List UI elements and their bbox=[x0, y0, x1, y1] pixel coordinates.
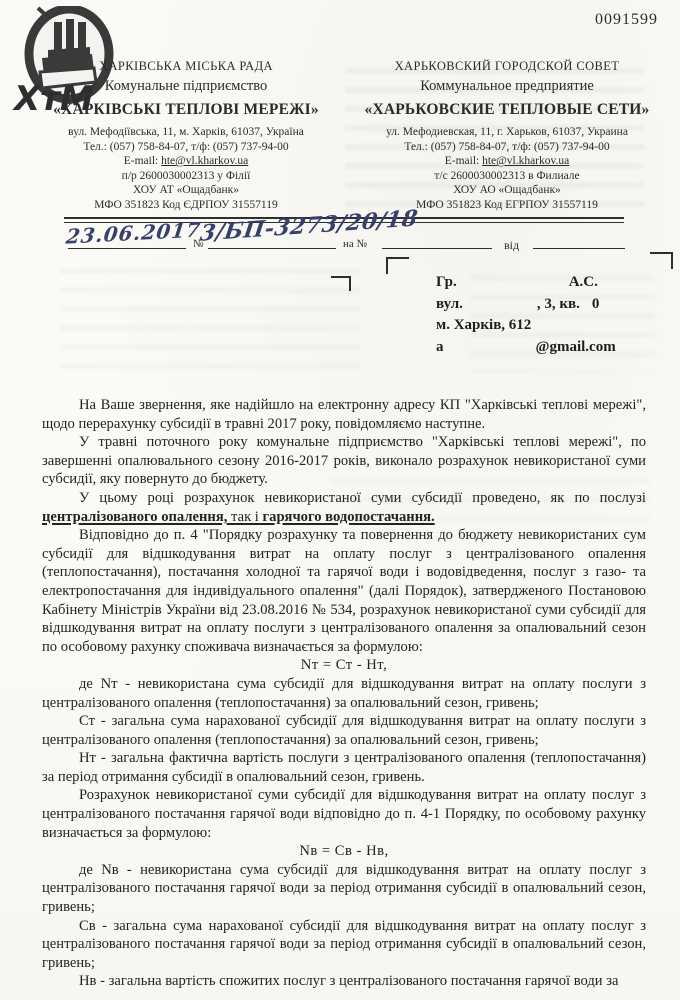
apartment-number: 0 bbox=[592, 296, 600, 312]
recipient-email-line: а@gmail.com bbox=[436, 337, 666, 359]
heating-service-emphasis: централізованого опалення, bbox=[42, 509, 227, 525]
city-council-line: ХАРЬКОВСКИЙ ГОРОДСКОЙ СОВЕТ bbox=[348, 58, 666, 75]
paragraph-ht-definition: Нт - загальна фактична вартість послуги … bbox=[42, 749, 646, 786]
bank-codes-line: МФО 351823 Код ЄДРПОУ 31557119 bbox=[36, 198, 336, 213]
address-line: вул. Мефодіївська, 11, м. Харків, 61037,… bbox=[36, 125, 336, 140]
email-address: hte@vl.kharkov.ua bbox=[482, 155, 569, 167]
paragraph-nv-definition: де Nв - невикористана сума субсидії для … bbox=[42, 861, 646, 917]
bank-name-line: ХОУ АТ «Ощадбанк» bbox=[36, 183, 336, 198]
email-label: E-mail: bbox=[124, 155, 161, 167]
org-type-line: Комунальне підприємство bbox=[36, 77, 336, 96]
street-label: вул. bbox=[436, 296, 463, 312]
recipient-street-line: вул., 3, кв.0 bbox=[436, 294, 666, 316]
recipient-initials: А.С. bbox=[569, 274, 598, 290]
paragraph-ct-definition: Ст - загальна сума нарахованої субсидії … bbox=[42, 712, 646, 749]
org-type-line: Коммунальное предприятие bbox=[348, 77, 666, 96]
paragraph-services: У цьому році розрахунок невикористаної с… bbox=[42, 489, 646, 526]
address-line: ул. Мефодиевская, 11, г. Харьков, 61037,… bbox=[348, 125, 666, 140]
recipient-name-line: Гр.А.С. bbox=[436, 272, 666, 294]
letterhead-ukrainian-column: ХАРКІВСЬКА МІСЬКА РАДА Комунальне підпри… bbox=[36, 58, 336, 213]
phone-line: Тел.: (057) 758-84-07, т/ф: (057) 737-94… bbox=[36, 140, 336, 155]
hot-water-formula: Nв = Св - Нв, bbox=[42, 842, 646, 861]
paragraph-services-start: У цьому році розрахунок невикористаної с… bbox=[79, 490, 646, 506]
letterhead-russian-column: ХАРЬКОВСКИЙ ГОРОДСКОЙ СОВЕТ Коммунальное… bbox=[348, 58, 666, 213]
address-window-corner-mark bbox=[650, 252, 673, 269]
email-prefix: а bbox=[436, 339, 444, 355]
bank-name-line: ХОУ АО «Ощадбанк» bbox=[348, 183, 666, 198]
paragraph-cv-definition: Св - загальна сума нарахованої субсидії … bbox=[42, 917, 646, 973]
recipient-salutation: Гр. bbox=[436, 274, 457, 290]
email-label: E-mail: bbox=[445, 155, 482, 167]
paragraph-hv-definition: Нв - загальна вартість спожитих послуг з… bbox=[42, 972, 646, 991]
scanned-letter-page: 0091599 ХтМ ХАРКІВСЬКА МІСЬКА РАДА Комун… bbox=[0, 0, 680, 1000]
paragraph-intro: На Ваше звернення, яке надійшло на елект… bbox=[42, 396, 646, 433]
address-window-corner-mark bbox=[331, 276, 351, 291]
phone-line: Тел.: (057) 758-84-07, т/ф: (057) 737-94… bbox=[348, 140, 666, 155]
city-council-line: ХАРКІВСЬКА МІСЬКА РАДА bbox=[36, 58, 336, 75]
incoming-date-label: від bbox=[504, 238, 519, 253]
email-suffix: @gmail.com bbox=[536, 339, 616, 355]
email-line: E-mail: hte@vl.kharkov.ua bbox=[348, 154, 666, 169]
paragraph-recalc: У травні поточного року комунальне підпр… bbox=[42, 433, 646, 489]
heating-formula: Nт = Ст - Нт, bbox=[42, 656, 646, 675]
email-line: E-mail: hte@vl.kharkov.ua bbox=[36, 154, 336, 169]
scan-bleed-artifact bbox=[60, 255, 360, 375]
incoming-number-label: на № bbox=[343, 238, 367, 250]
email-address: hte@vl.kharkov.ua bbox=[161, 155, 248, 167]
org-name-line: «ХАРКІВСЬКІ ТЕПЛОВІ МЕРЕЖІ» bbox=[36, 99, 336, 120]
incoming-number-blank-line bbox=[382, 232, 492, 249]
bank-account-line: п/р 2600030002313 у Філії bbox=[36, 169, 336, 184]
address-window-corner-mark bbox=[386, 257, 409, 274]
recipient-address-block: Гр.А.С. вул., 3, кв.0 м. Харків, 612 а@g… bbox=[436, 272, 666, 358]
paragraph-services-mid: так і bbox=[227, 509, 262, 525]
document-serial-number: 0091599 bbox=[595, 11, 658, 29]
org-name-line: «ХАРЬКОВСКИЕ ТЕПЛОВЫЕ СЕТИ» bbox=[348, 99, 666, 120]
bank-account-line: т/с 2600030002313 в Филиале bbox=[348, 169, 666, 184]
incoming-date-blank-line bbox=[533, 232, 625, 249]
paragraph-order-534: Відповідно до п. 4 "Порядку розрахунку т… bbox=[42, 526, 646, 656]
street-suffix: , 3, кв. bbox=[537, 296, 580, 312]
paragraph-nt-definition: де Nт - невикористана сума субсидії для … bbox=[42, 675, 646, 712]
recipient-city-line: м. Харків, 612 bbox=[436, 315, 666, 337]
letter-body: На Ваше звернення, яке надійшло на елект… bbox=[42, 396, 646, 991]
paragraph-hot-water-calc: Розрахунок невикористаної суми субсидії … bbox=[42, 786, 646, 842]
hot-water-service-emphasis: гарячого водопостачання. bbox=[263, 509, 435, 525]
